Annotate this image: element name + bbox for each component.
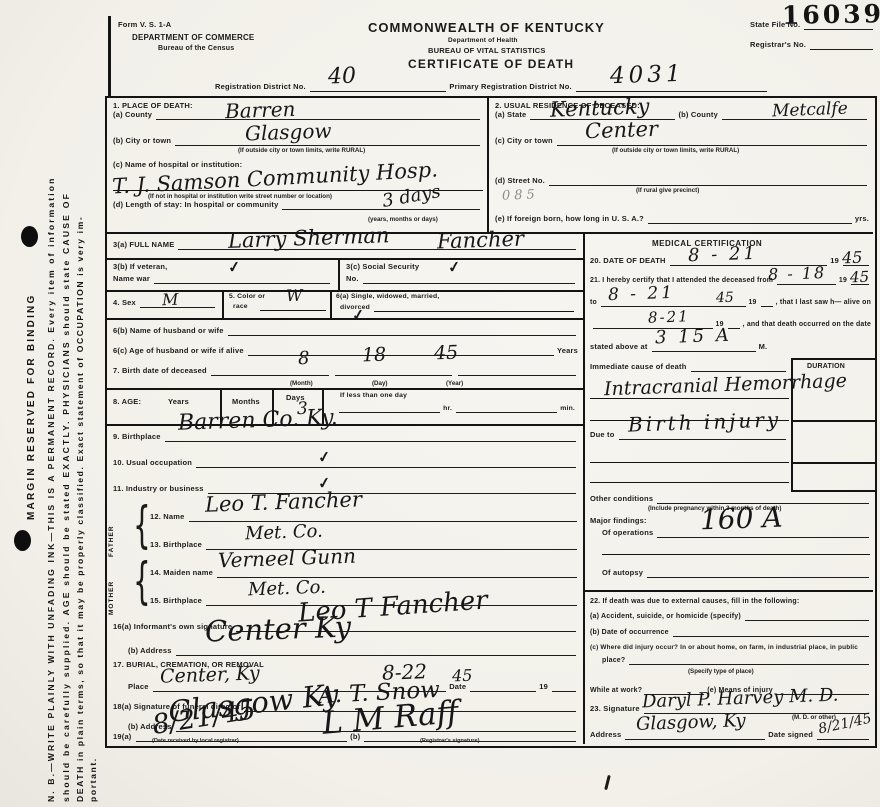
month-note: (Month) — [290, 380, 313, 387]
yrs-suffix: yrs. — [855, 214, 870, 224]
operations-label: Of operations — [602, 528, 654, 538]
marital-line — [374, 311, 574, 312]
rule-above-age — [105, 388, 585, 390]
blank-line — [196, 459, 576, 468]
accident-row: (a) Accident, suicide, or homicide (spec… — [590, 612, 872, 621]
year-prefix: 19 — [830, 256, 840, 266]
registrar-number-label: Registrar's No. — [750, 40, 807, 50]
attended-from-year: 45 — [850, 268, 870, 287]
occupation-label: 10. Usual occupation — [113, 458, 193, 468]
birth-month-value: 8 — [298, 348, 310, 369]
am-pm-label: M. — [759, 342, 769, 352]
veteran-war-row: Name war — [113, 274, 333, 284]
binding-margin-text: MARGIN RESERVED FOR BINDING — [26, 294, 37, 520]
date-signed-label: Date signed — [768, 730, 814, 740]
mother-name-row: 14. Maiden name — [150, 568, 580, 578]
nb-note-line2: should be carefully supplied. AGE should… — [61, 192, 71, 802]
nb-note-line1: N. B.—WRITE PLAINLY WITH UNFADING INK—TH… — [46, 177, 56, 802]
mother-brace: { — [133, 556, 150, 606]
registration-district-label: Registration District No. — [215, 82, 307, 92]
other-conditions-label: Other conditions — [590, 494, 654, 504]
day-note: (Day) — [372, 380, 387, 387]
divider-3b-3c — [338, 258, 340, 290]
due-to-line-2 — [590, 462, 789, 463]
mother-group-label: MOTHER — [108, 581, 115, 615]
occupation-checkmark: ✓ — [317, 447, 332, 467]
informant-address-row: (b) Address — [128, 646, 579, 656]
blank-line — [552, 683, 576, 692]
residence-city-row: (c) City or town — [495, 136, 870, 146]
operations-value: 160 A — [699, 501, 783, 537]
foreign-born-label: (e) If foreign born, how long in U. S. A… — [495, 214, 645, 224]
injury-place-row: place? — [602, 656, 872, 665]
blank-line — [673, 628, 869, 637]
residence-county-value: Metcalfe — [772, 99, 848, 122]
blank-line — [154, 275, 330, 284]
mother-name-value: Verneel Gunn — [218, 544, 357, 573]
death-occurred-label: , and that death occurred on the date — [743, 321, 872, 329]
autopsy-label: Of autopsy — [602, 568, 644, 578]
industry-label: 11. Industry or business — [113, 484, 205, 494]
foreign-born-row: (e) If foreign born, how long in U. S. A… — [495, 214, 870, 224]
residence-state-label: (a) State — [495, 110, 527, 120]
spouse-name-label: 6(b) Name of husband or wife — [113, 326, 225, 336]
rule-under-age — [105, 424, 585, 426]
blank-line — [363, 275, 575, 284]
full-name-label: 3(a) FULL NAME — [113, 240, 175, 250]
blank-line — [282, 201, 480, 210]
stated-above-label: stated above at — [590, 342, 649, 352]
age-less-than-day-label: If less than one day — [340, 392, 407, 399]
city-label: (b) City or town — [113, 136, 172, 146]
birthplace-label: 9. Birthplace — [113, 432, 162, 442]
immediate-cause-label: Immediate cause of death — [590, 362, 688, 372]
spouse-age-row: 6(c) Age of husband or wife if alive Yea… — [113, 346, 579, 356]
certificate-title: CERTIFICATE OF DEATH — [408, 57, 574, 71]
blank-line — [248, 347, 554, 356]
blank-line — [549, 177, 867, 186]
race-label-1: 5. Color or — [229, 293, 265, 300]
street-number-row: (d) Street No. — [495, 176, 870, 186]
informant-address-label: (b) Address — [128, 646, 173, 656]
nb-note-line4: portant. — [88, 757, 98, 802]
blank-line — [335, 367, 453, 376]
header-left-rule — [108, 16, 111, 96]
informant-address-value: Center Ky — [204, 609, 351, 648]
section-1-2-divider — [487, 96, 489, 232]
residence-city-value: Center — [585, 117, 659, 144]
last-saw-label: , that I last saw h— alive on — [776, 299, 872, 307]
min-label: min. — [560, 405, 576, 413]
race-value: W — [286, 286, 303, 306]
date-of-death-label: 20. DATE OF DEATH — [590, 256, 667, 266]
burial-place-value: Center, Ky — [160, 662, 260, 687]
stay-note: (years, months or days) — [368, 216, 438, 223]
residence-county-label: (b) County — [678, 110, 719, 120]
autopsy-row: Of autopsy — [602, 568, 872, 578]
age-months-label: Months — [232, 397, 260, 406]
duration-cell-line-2 — [793, 462, 876, 464]
date-of-death-value: 8 - 21 — [688, 243, 759, 266]
birth-day-value: 18 — [362, 344, 387, 367]
age-hr-min-row: hr. min. — [336, 404, 576, 413]
rule-above-22 — [583, 590, 873, 592]
rule-under-name — [105, 258, 585, 260]
age-years-label: Years — [168, 397, 189, 406]
registrar-number-row: Registrar's No. — [750, 40, 876, 50]
attended-to-year: 45 — [716, 290, 734, 307]
age-label: 8. AGE: — [113, 397, 141, 406]
blank-line — [691, 363, 787, 372]
birth-year-value: 45 — [434, 342, 459, 365]
blank-line — [228, 327, 576, 336]
registration-district-value: 40 — [328, 64, 357, 90]
name-war-label: Name war — [113, 274, 151, 284]
date-of-death-year: 45 — [842, 248, 863, 268]
department-of-commerce: DEPARTMENT OF COMMERCE — [132, 33, 254, 42]
accident-label: (a) Accident, suicide, or homicide (spec… — [590, 613, 742, 621]
last-saw-value: 8-21 — [648, 307, 690, 326]
findings-blank-line — [602, 554, 870, 555]
nb-note-line3: DEATH in plain terms, so that it may be … — [75, 216, 85, 802]
blank-line — [629, 656, 869, 665]
ssn-number-row: No. — [346, 274, 578, 284]
ssn-label: 3(c) Social Security — [346, 262, 419, 271]
race-line — [260, 310, 326, 311]
while-at-work-label: While at work? — [590, 687, 643, 695]
physician-address-value: Glasgow, Ky — [636, 710, 746, 735]
physician-signature-label: 23. Signature — [590, 704, 641, 714]
occurrence-row: (b) Date of occurrence — [590, 628, 872, 637]
spouse-name-row: 6(b) Name of husband or wife — [113, 326, 579, 336]
bureau-of-census: Bureau of the Census — [158, 45, 234, 52]
stay-label: (d) Length of stay: In hospital or commu… — [113, 200, 279, 210]
sex-label: 4. Sex — [113, 298, 137, 308]
blank-line — [470, 683, 536, 692]
father-birthplace-label: 13. Birthplace — [150, 540, 203, 550]
rule-under-4-5-6a — [105, 318, 585, 320]
blank-line — [648, 215, 852, 224]
to-label: to — [590, 299, 598, 307]
county-label: (a) County — [113, 110, 153, 120]
veteran-label: 3(b) If veteran, — [113, 262, 167, 271]
physician-address-label: Address — [590, 730, 622, 740]
blank-line — [458, 367, 576, 376]
registration-district-row: Registration District No. Primary Regist… — [215, 82, 770, 92]
mother-birthplace-label: 15. Birthplace — [150, 596, 203, 606]
dept-of-health: Department of Health — [448, 37, 518, 44]
commonwealth-title: COMMONWEALTH OF KENTUCKY — [368, 20, 605, 35]
hospital-label: (c) Name of hospital or institution: — [113, 160, 242, 169]
immediate-cause-row: Immediate cause of death — [590, 362, 789, 372]
attended-from-value: 8 - 18 — [768, 263, 827, 284]
burial-place-label: Place — [128, 682, 150, 692]
death-time-value: 3 15 A — [655, 325, 732, 349]
external-causes-title: 22. If death was due to external causes,… — [590, 598, 799, 605]
mother-name-label: 14. Maiden name — [150, 568, 214, 578]
duration-cell-line-1 — [793, 420, 876, 422]
father-name-label: 12. Name — [150, 512, 186, 522]
blank-line — [745, 612, 869, 621]
race-label-2: race — [233, 303, 248, 310]
injury-place-label: place? — [602, 657, 626, 665]
marital-label-1: 6(a) Single, widowed, married, — [336, 293, 439, 300]
sex-value: M — [162, 290, 179, 310]
hr-label: hr. — [443, 405, 453, 413]
full-name-value-2: Fancher — [437, 226, 525, 253]
primary-district-label: Primary Registration District No. — [449, 82, 572, 92]
registrar-19a-label: 19(a) — [113, 732, 133, 742]
punch-hole-top — [21, 226, 38, 247]
divider-sex-race — [222, 290, 224, 318]
blank-line — [647, 569, 869, 578]
year-prefix: 19 — [839, 277, 848, 285]
form-number: Form V. S. 1-A — [118, 20, 171, 29]
state-file-row: State File No. — [750, 20, 876, 30]
birthdate-label: 7. Birth date of deceased — [113, 366, 208, 376]
punch-hole-bottom — [14, 530, 31, 551]
blank-line — [165, 433, 576, 442]
state-file-label: State File No. — [750, 20, 801, 30]
occurrence-label: (b) Date of occurrence — [590, 629, 670, 637]
due-to-label: Due to — [590, 430, 616, 440]
years-suffix: Years — [557, 346, 579, 356]
primary-district-value: 4031 — [610, 61, 685, 90]
burial-year-value: 45 — [452, 666, 473, 686]
residence-city-rural-note: (If outside city or town limits, write R… — [612, 147, 739, 154]
ssn-checkmark: ✓ — [447, 257, 462, 277]
death-certificate-scan: MARGIN RESERVED FOR BINDING N. B.—WRITE … — [0, 0, 880, 807]
stray-pen-mark — [604, 775, 611, 790]
year-note: (Year) — [446, 380, 463, 387]
due-to-line-3 — [590, 482, 789, 483]
blank-line — [456, 404, 557, 413]
bureau-vital-statistics: BUREAU OF VITAL STATISTICS — [428, 46, 546, 55]
divider-race-marital — [330, 290, 332, 318]
major-findings-label: Major findings: — [590, 516, 647, 525]
burial-year-prefix: 19 — [539, 682, 549, 692]
city-rural-note: (If outside city or town limits, write R… — [238, 147, 365, 154]
blank-line — [810, 41, 873, 50]
registrar-signature-note: (Registrar's signature) — [420, 738, 479, 744]
street-number-label: (d) Street No. — [495, 176, 546, 186]
year-prefix: 19 — [749, 299, 758, 307]
residence-city-label: (c) City or town — [495, 136, 554, 146]
duration-label: DURATION — [807, 363, 845, 370]
county-of-death-row: (a) County — [113, 110, 483, 120]
spouse-age-label: 6(c) Age of husband or wife if alive — [113, 346, 245, 356]
specify-place-note: (Specify type of place) — [688, 668, 754, 675]
occupation-row: 10. Usual occupation — [113, 458, 579, 468]
medical-column-divider — [583, 232, 585, 744]
place-of-death-title: 1. PLACE OF DEATH: — [113, 101, 193, 110]
blank-line — [761, 298, 773, 307]
blank-line — [804, 21, 873, 30]
father-birthplace-row: 13. Birthplace — [150, 540, 580, 550]
blank-line — [211, 367, 329, 376]
father-birthplace-value: Met. Co. — [245, 521, 323, 545]
birthdate-row: 7. Birth date of deceased — [113, 366, 579, 376]
father-brace: { — [133, 500, 150, 550]
blank-line — [176, 647, 576, 656]
attended-to-value: 8 - 21 — [608, 283, 676, 305]
precinct-pencil-value: 085 — [502, 187, 539, 203]
street-precinct-note: (If rural give precinct) — [636, 187, 699, 194]
blank-line — [339, 404, 440, 413]
city-of-death-value: Glasgow — [245, 118, 332, 145]
veteran-checkmark: ✓ — [227, 257, 242, 277]
where-injury-label: (c) Where did injury occur? In or about … — [590, 644, 858, 651]
ssn-no-label: No. — [346, 274, 360, 284]
marital-checkmark: ✓ — [351, 305, 366, 325]
father-group-label: FATHER — [108, 525, 115, 557]
